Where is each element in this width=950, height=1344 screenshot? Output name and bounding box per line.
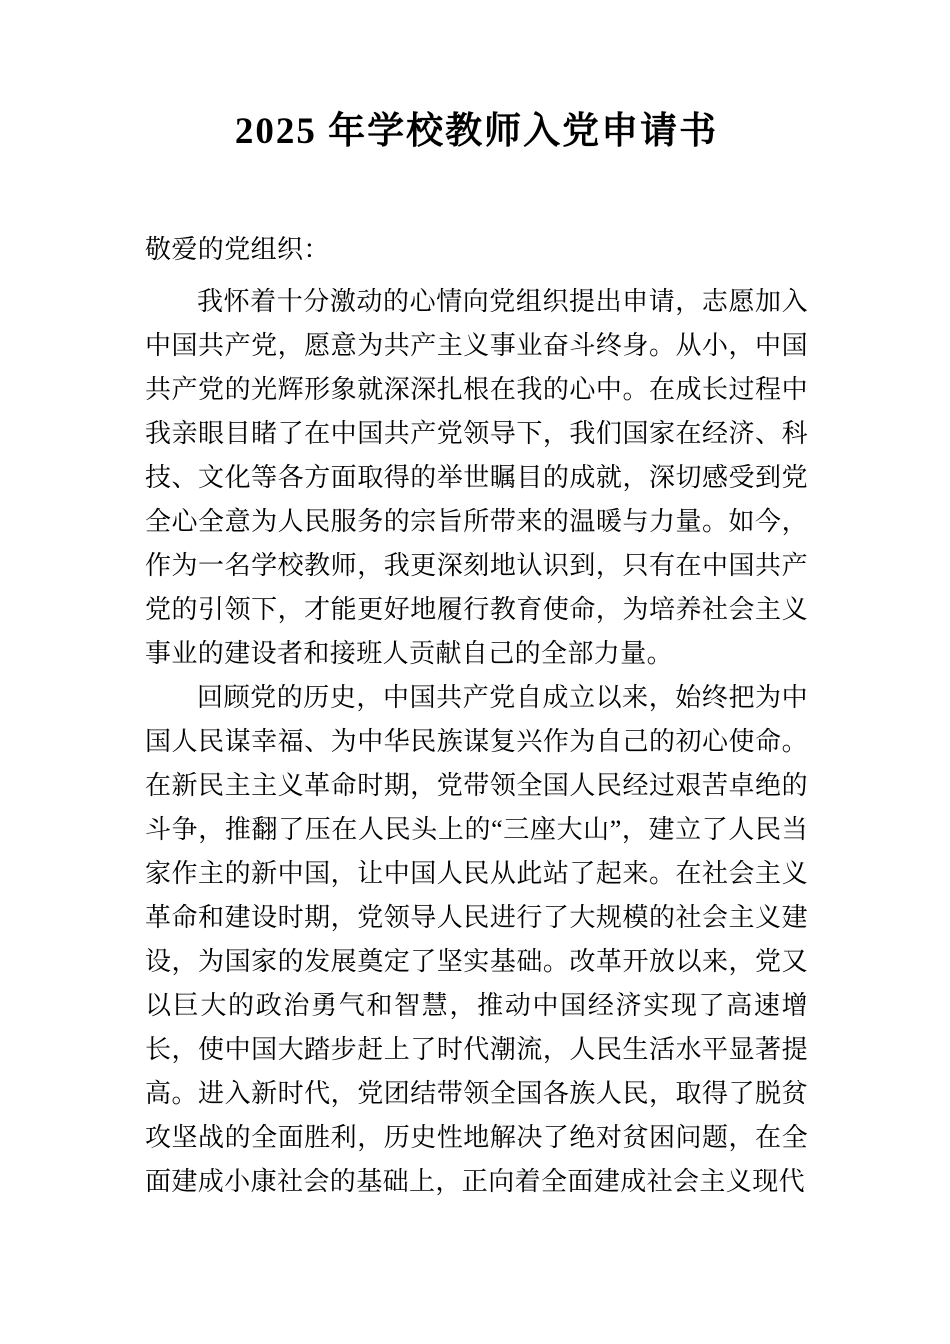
body-paragraph-2: 回顾党的历史，中国共产党自成立以来，始终把为中国人民谋幸福、为中华民族谋复兴作为… (145, 676, 808, 1204)
body-paragraph-1: 我怀着十分激动的心情向党组织提出申请，志愿加入中国共产党，愿意为共产主义事业奋斗… (145, 280, 808, 676)
document-background: { "page": { "title": "2025 年学校教师入党申请书", … (0, 0, 950, 1344)
document-title: 2025 年学校教师入党申请书 (145, 108, 808, 156)
document-body: 敬爱的党组织： 我怀着十分激动的心情向党组织提出申请，志愿加入中国共产党，愿意为… (145, 228, 808, 1204)
document-page: 2025 年学校教师入党申请书 敬爱的党组织： 我怀着十分激动的心情向党组织提出… (0, 0, 950, 1344)
salutation-line: 敬爱的党组织： (145, 228, 808, 272)
